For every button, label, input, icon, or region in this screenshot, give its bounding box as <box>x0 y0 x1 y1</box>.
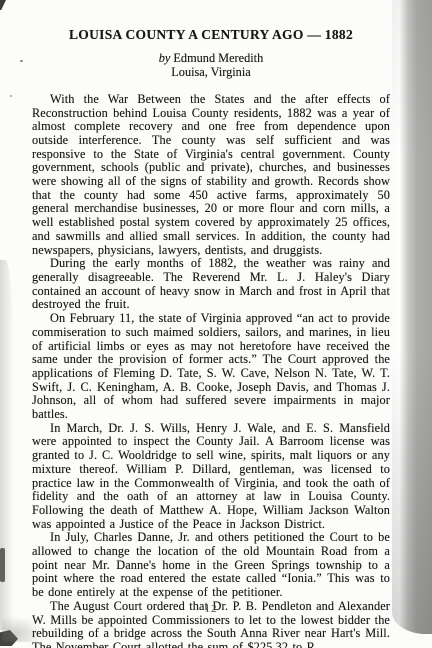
paragraph: On February 11, the state of Virginia ap… <box>32 312 390 422</box>
page-number: 12 <box>32 603 390 615</box>
byline-location: Louisa, Virginia <box>171 65 250 79</box>
scan-speck <box>10 95 12 97</box>
paragraph: With the War Between the States and the … <box>32 93 390 257</box>
byline-prefix: by <box>159 51 171 65</box>
paragraph: During the early months of 1882, the wea… <box>32 257 390 312</box>
paragraph: In March, Dr. J. S. Wills, Henry J. Wale… <box>32 422 390 532</box>
page-edge-gutter-shading <box>392 0 432 634</box>
body-paragraphs: With the War Between the States and the … <box>32 93 390 648</box>
scanned-book-page: LOUISA COUNTY A CENTURY AGO — 1882 by Ed… <box>0 0 432 648</box>
paragraph: In July, Charles Danne, Jr. and others p… <box>32 531 390 600</box>
text-block: LOUISA COUNTY A CENTURY AGO — 1882 by Ed… <box>32 28 390 648</box>
byline: by Edmund Meredith Louisa, Virginia <box>32 51 390 80</box>
scan-artifact-top-left <box>0 0 6 10</box>
scan-artifact-left-streak <box>0 548 5 582</box>
byline-author: Edmund Meredith <box>173 51 263 65</box>
scan-speck <box>20 60 23 62</box>
article-title: LOUISA COUNTY A CENTURY AGO — 1882 <box>32 28 390 43</box>
